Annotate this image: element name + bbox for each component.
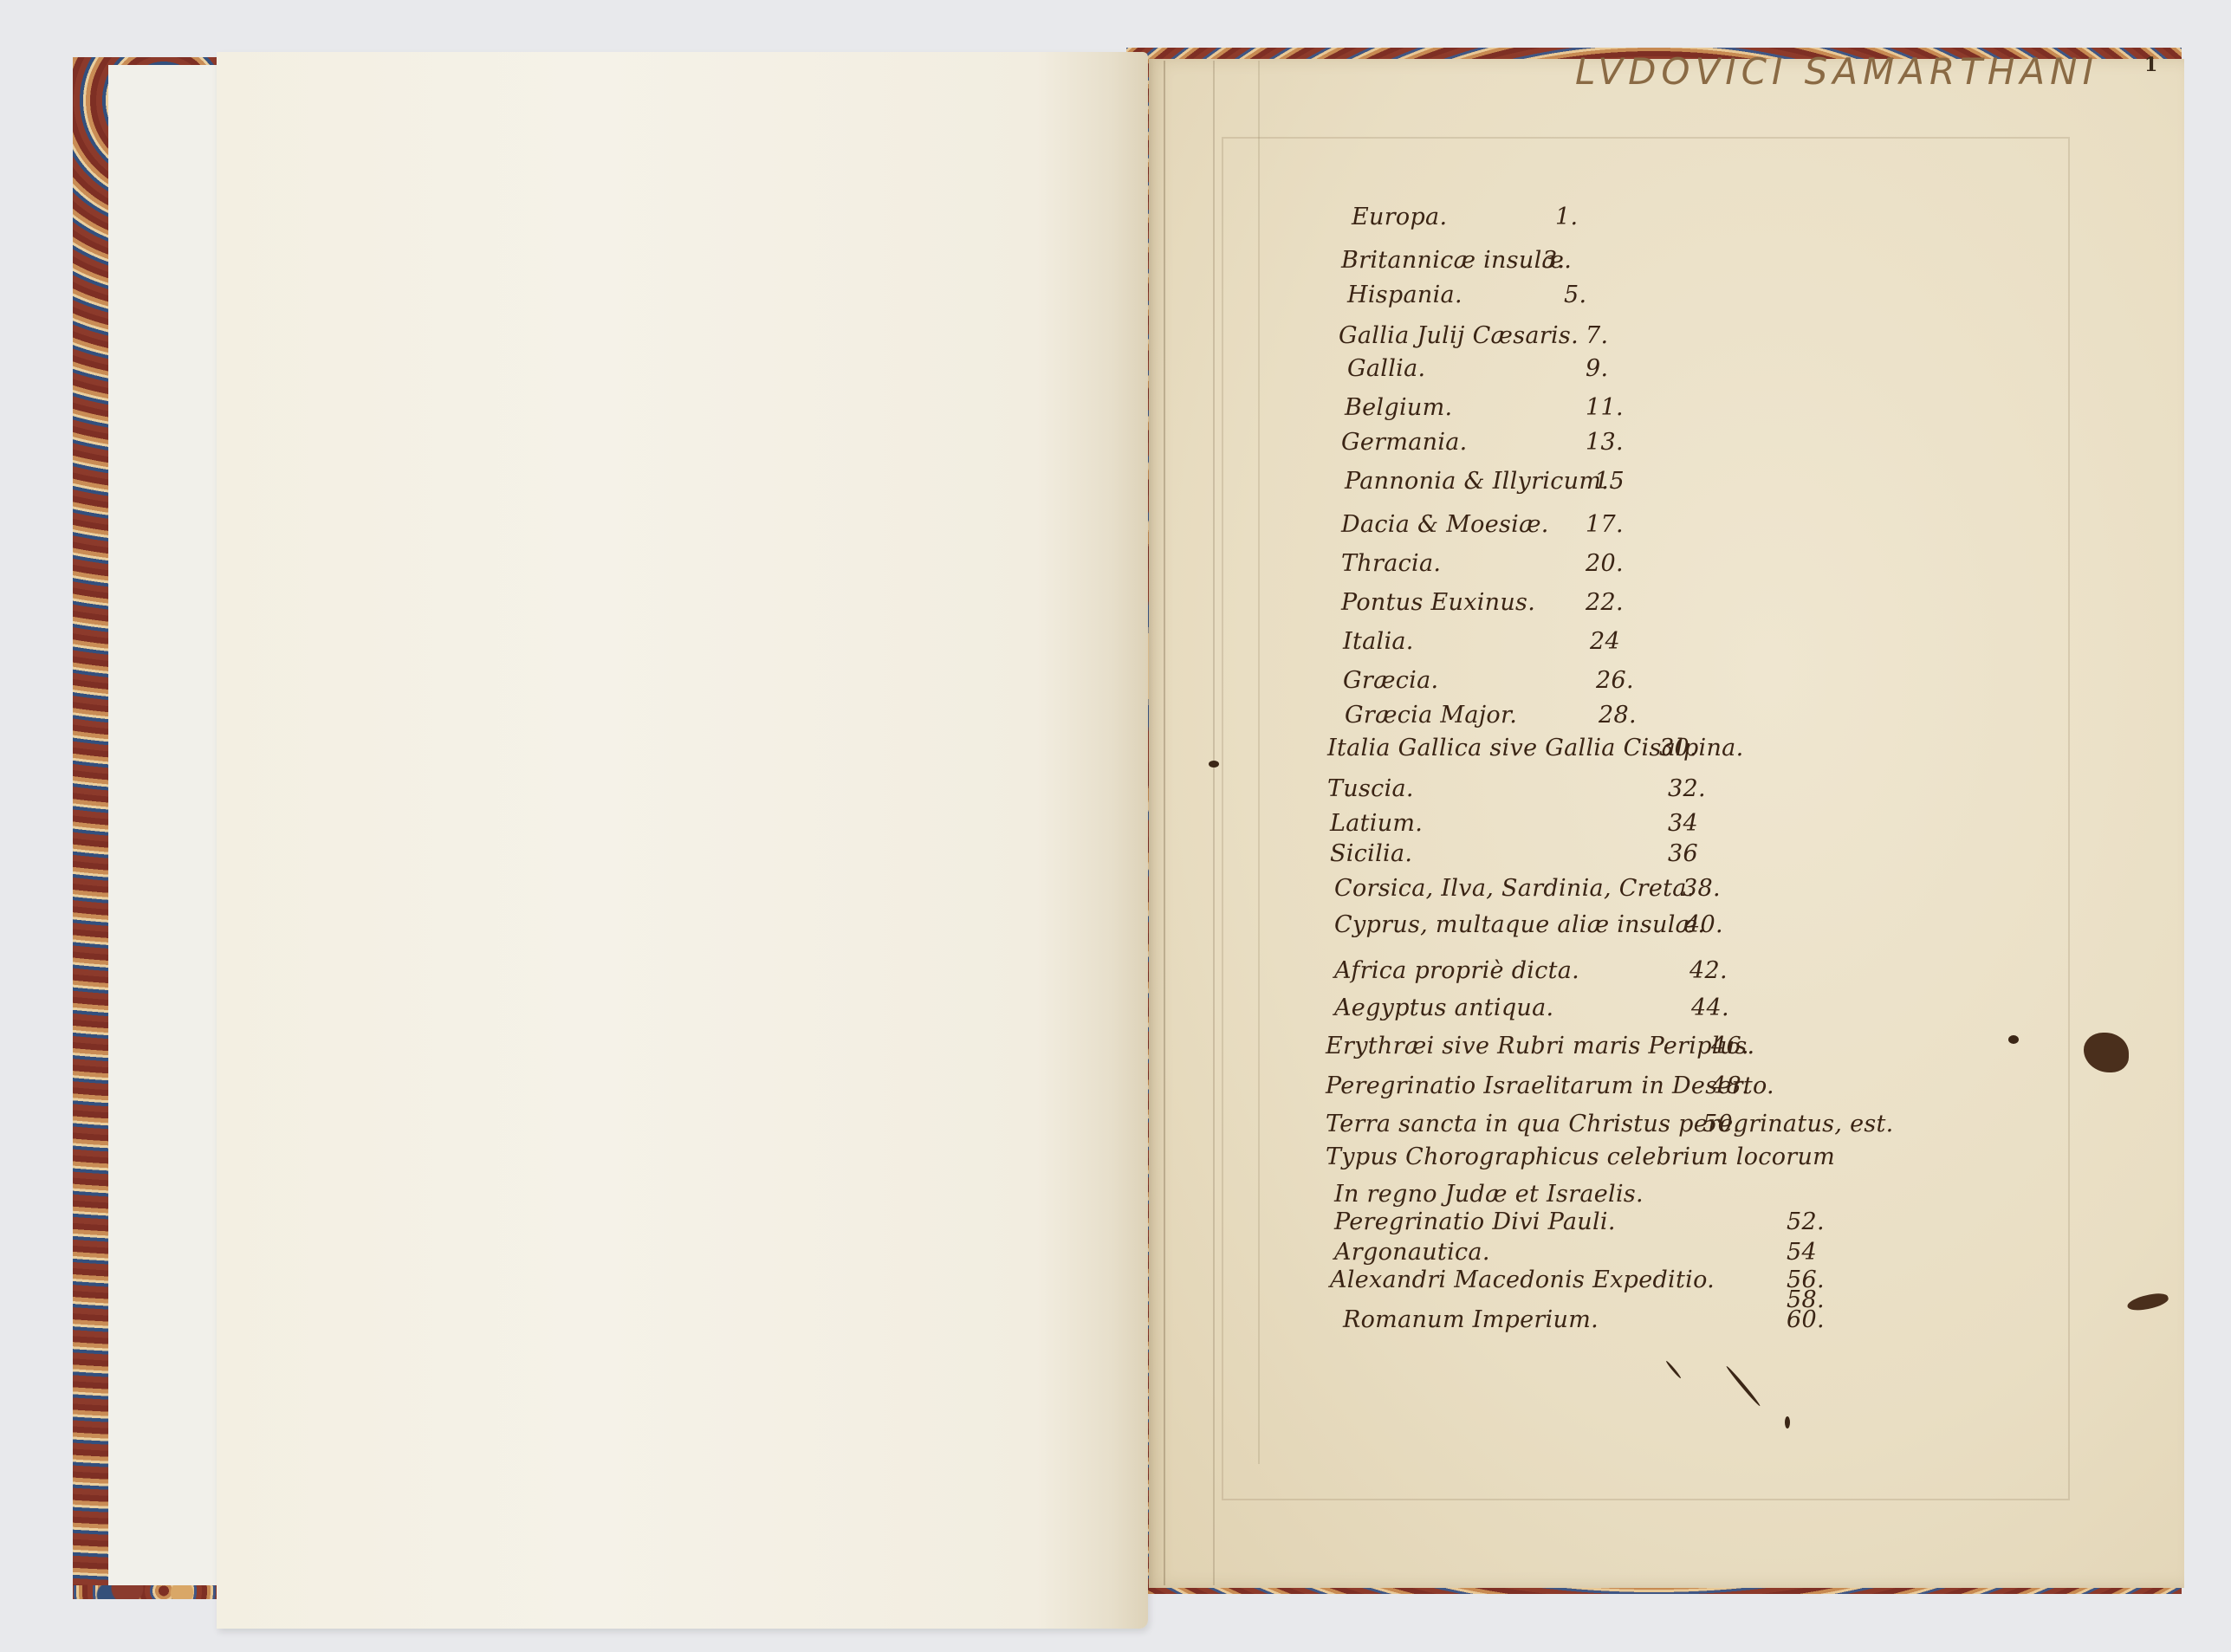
index-entry-page-number: 17. — [1586, 511, 1624, 538]
index-entry-title: Belgium. — [1345, 394, 1452, 421]
index-entry-title: Pontus Euxinus. — [1341, 589, 1535, 616]
index-entry-page-number: 5. — [1564, 282, 1586, 308]
index-entry-title: Erythræi sive Rubri maris Periplus. — [1326, 1033, 1754, 1059]
index-entry-page-number: 11. — [1586, 394, 1624, 421]
index-entry-title: Aegyptus antiqua. — [1334, 994, 1553, 1021]
index-entry-page-number: 54 — [1787, 1239, 1817, 1266]
index-entry-title: Thracia. — [1341, 550, 1441, 577]
folio-number: 1 — [2144, 54, 2157, 76]
index-entry-title: Gallia. — [1347, 355, 1425, 382]
index-entry-title: In regno Judæ et Israelis. — [1334, 1181, 1644, 1208]
index-entry-title: Corsica, Ilva, Sardinia, Creta. — [1334, 875, 1695, 902]
index-entry-page-number: 40. — [1685, 911, 1723, 938]
index-entry-title: Europa. — [1352, 204, 1447, 230]
page-header-title: LVDOVICI SAMARTHANI — [1575, 50, 2098, 93]
index-entry-title: Græcia. — [1343, 667, 1438, 694]
index-entry-page-number: 30. — [1659, 735, 1697, 761]
index-entry-title: Peregrinatio Israelitarum in Deserto. — [1326, 1072, 1774, 1099]
index-entry-title: Gallia Julij Cæsaris. — [1339, 322, 1579, 349]
index-entry-page-number: 20. — [1586, 550, 1624, 577]
index-entry-page-number: 24 — [1590, 628, 1620, 655]
index-entry-page-number: 46. — [1711, 1033, 1749, 1059]
ink-speck — [1785, 1416, 1790, 1428]
blank-flyleaf-page[interactable] — [217, 52, 1148, 1629]
index-entry-page-number: 13. — [1586, 429, 1624, 456]
index-entry-title: Romanum Imperium. — [1343, 1306, 1599, 1333]
guard-fold-line — [1213, 61, 1215, 1585]
index-entry-title: Tuscia. — [1327, 775, 1414, 802]
index-entry-page-number: 3. — [1542, 247, 1565, 274]
index-entry-page-number: 48. — [1711, 1072, 1749, 1099]
index-entry-page-number: 28. — [1599, 702, 1637, 729]
index-entry-page-number: 38. — [1683, 875, 1721, 902]
index-entry-page-number: 52. — [1787, 1208, 1825, 1235]
index-entry-page-number: 50. — [1702, 1111, 1741, 1137]
index-entry-title: Græcia Major. — [1345, 702, 1517, 729]
index-entry-title: Italia. — [1343, 628, 1414, 655]
index-entry-title: Britannicæ insulæ. — [1341, 247, 1572, 274]
index-entry-page-number: 9. — [1586, 355, 1608, 382]
index-entry-title: Argonautica. — [1334, 1239, 1490, 1266]
index-entry-title: Typus Chorographicus celebrium locorum — [1326, 1143, 1835, 1170]
index-entry-page-number: 7. — [1586, 322, 1608, 349]
index-entry-page-number: 15 — [1594, 468, 1625, 495]
index-entry-title: Germania. — [1341, 429, 1468, 456]
index-entry-page-number: 60. — [1787, 1306, 1825, 1333]
index-entry-title: Peregrinatio Divi Pauli. — [1334, 1208, 1616, 1235]
index-entry-title: Alexandri Macedonis Expeditio. — [1330, 1267, 1715, 1293]
ink-speck — [1209, 761, 1219, 768]
gutter-fold-line — [1164, 61, 1165, 1585]
ink-speck — [2008, 1035, 2019, 1044]
index-entry-page-number: 42. — [1689, 957, 1728, 984]
index-entry-page-number: 44. — [1691, 994, 1729, 1021]
index-entry-page-number: 26. — [1596, 667, 1634, 694]
index-entry-title: Latium. — [1330, 810, 1423, 837]
index-entry-page-number: 32. — [1668, 775, 1706, 802]
index-entry-title: Hispania. — [1347, 282, 1462, 308]
index-entry-page-number: 1. — [1555, 204, 1578, 230]
index-entry-page-number: 36 — [1668, 840, 1698, 867]
index-entry-page-number: 22. — [1586, 589, 1624, 616]
index-entry-title: Sicilia. — [1330, 840, 1412, 867]
index-entry-title: Pannonia & Illyricum. — [1345, 468, 1609, 495]
index-entry-title: Terra sancta in qua Christus peregrinatu… — [1326, 1111, 1894, 1137]
index-entry-title: Africa propriè dicta. — [1334, 957, 1579, 984]
index-entry-title: Dacia & Moesiæ. — [1341, 511, 1549, 538]
index-entry-title: Cyprus, multaque aliæ insulæ. — [1334, 911, 1705, 938]
index-entry-page-number: 34 — [1668, 810, 1698, 837]
